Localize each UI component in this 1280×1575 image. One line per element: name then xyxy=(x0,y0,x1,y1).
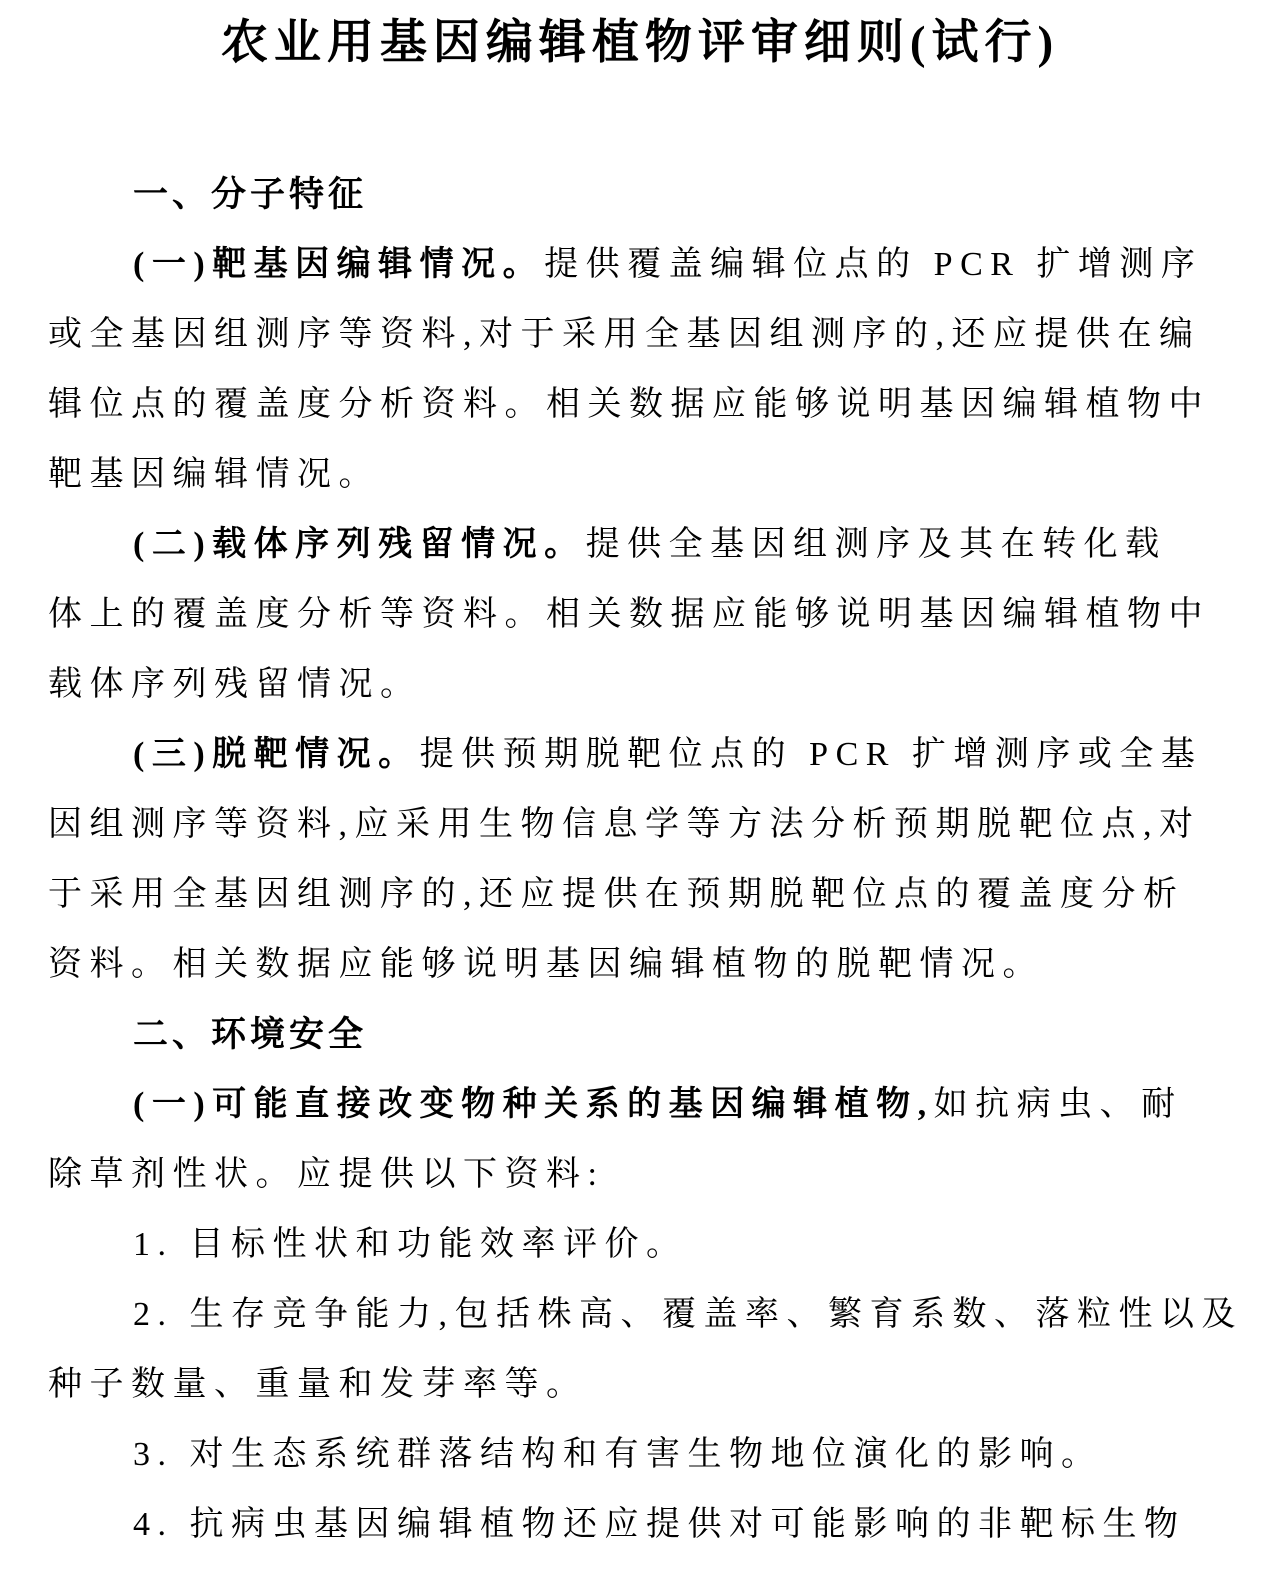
bold-text-segment: (一)可能直接改变物种关系的基因编辑植物, xyxy=(133,1086,934,1123)
bold-text-segment: (三)脱靶情况。 xyxy=(133,736,420,773)
text-line: 于采用全基因组测序的,还应提供在预期脱靶位点的覆盖度分析 xyxy=(48,860,1232,930)
text-line: 除草剂性状。应提供以下资料: xyxy=(48,1140,1232,1210)
text-segment: 提供覆盖编辑位点的 PCR 扩增测序 xyxy=(544,246,1202,283)
text-line: 3. 对生态系统群落结构和有害生物地位演化的影响。 xyxy=(48,1420,1232,1490)
text-line: (二)载体序列残留情况。提供全基因组测序及其在转化载 xyxy=(48,510,1232,580)
text-segment: 提供全基因组测序及其在转化载 xyxy=(586,526,1167,563)
bold-text-segment: 农业用基因编辑植物评审细则(试行) xyxy=(221,17,1059,69)
text-segment: 1. 目标性状和功能效率评价。 xyxy=(133,1226,688,1263)
text-segment: 提供预期脱靶位点的 PCR 扩增测序或全基 xyxy=(420,736,1203,773)
doc-title: 农业用基因编辑植物评审细则(试行) xyxy=(48,0,1232,74)
bold-text-segment: 二、环境安全 xyxy=(133,1015,367,1054)
text-line: 辑位点的覆盖度分析资料。相关数据应能够说明基因编辑植物中 xyxy=(48,370,1232,440)
text-segment: 因组测序等资料,应采用生物信息学等方法分析预期脱靶位点,对 xyxy=(48,806,1201,843)
text-segment: 辑位点的覆盖度分析资料。相关数据应能够说明基因编辑植物中 xyxy=(48,386,1210,423)
text-segment: 资料。相关数据应能够说明基因编辑植物的脱靶情况。 xyxy=(48,946,1044,983)
text-line: 靶基因编辑情况。 xyxy=(48,440,1232,510)
document-page: 农业用基因编辑植物评审细则(试行)一、分子特征(一)靶基因编辑情况。提供覆盖编辑… xyxy=(0,0,1280,1575)
bold-text-segment: (二)载体序列残留情况。 xyxy=(133,526,586,563)
text-segment: 于采用全基因组测序的,还应提供在预期脱靶位点的覆盖度分析 xyxy=(48,876,1185,913)
text-line: (三)脱靶情况。提供预期脱靶位点的 PCR 扩增测序或全基 xyxy=(48,720,1232,790)
text-line: 体上的覆盖度分析等资料。相关数据应能够说明基因编辑植物中 xyxy=(48,580,1232,650)
text-line: 或全基因组测序等资料,对于采用全基因组测序的,还应提供在编 xyxy=(48,300,1232,370)
text-line: (一)可能直接改变物种关系的基因编辑植物,如抗病虫、耐 xyxy=(48,1070,1232,1140)
text-segment: 体上的覆盖度分析等资料。相关数据应能够说明基因编辑植物中 xyxy=(48,596,1210,633)
text-segment: 除草剂性状。应提供以下资料: xyxy=(48,1156,604,1193)
text-segment: 4. 抗病虫基因编辑植物还应提供对可能影响的非靶标生物 xyxy=(133,1506,1186,1543)
text-line: 资料。相关数据应能够说明基因编辑植物的脱靶情况。 xyxy=(48,930,1232,1000)
text-line: (一)靶基因编辑情况。提供覆盖编辑位点的 PCR 扩增测序 xyxy=(48,230,1232,300)
section-heading: 一、分子特征 xyxy=(48,160,1232,230)
text-line: 1. 目标性状和功能效率评价。 xyxy=(48,1210,1232,1280)
text-line: 因组测序等资料,应采用生物信息学等方法分析预期脱靶位点,对 xyxy=(48,790,1232,860)
bold-text-segment: (一)靶基因编辑情况。 xyxy=(133,246,544,283)
text-line: 4. 抗病虫基因编辑植物还应提供对可能影响的非靶标生物 xyxy=(48,1490,1232,1560)
text-line: 2. 生存竞争能力,包括株高、覆盖率、繁育系数、落粒性以及 xyxy=(48,1280,1232,1350)
text-line: 载体序列残留情况。 xyxy=(48,650,1232,720)
document-content: 农业用基因编辑植物评审细则(试行)一、分子特征(一)靶基因编辑情况。提供覆盖编辑… xyxy=(0,0,1280,1560)
text-segment: 2. 生存竞争能力,包括株高、覆盖率、繁育系数、落粒性以及 xyxy=(133,1296,1243,1333)
text-segment: 种子数量、重量和发芽率等。 xyxy=(48,1366,588,1403)
section-heading: 二、环境安全 xyxy=(48,1000,1232,1070)
text-segment: 靶基因编辑情况。 xyxy=(48,456,380,493)
text-line: 种子数量、重量和发芽率等。 xyxy=(48,1350,1232,1420)
text-segment: 载体序列残留情况。 xyxy=(48,666,422,703)
text-segment: 如抗病虫、耐 xyxy=(934,1086,1183,1123)
text-segment: 3. 对生态系统群落结构和有害生物地位演化的影响。 xyxy=(133,1436,1103,1473)
bold-text-segment: 一、分子特征 xyxy=(133,175,367,214)
text-segment: 或全基因组测序等资料,对于采用全基因组测序的,还应提供在编 xyxy=(48,316,1201,353)
